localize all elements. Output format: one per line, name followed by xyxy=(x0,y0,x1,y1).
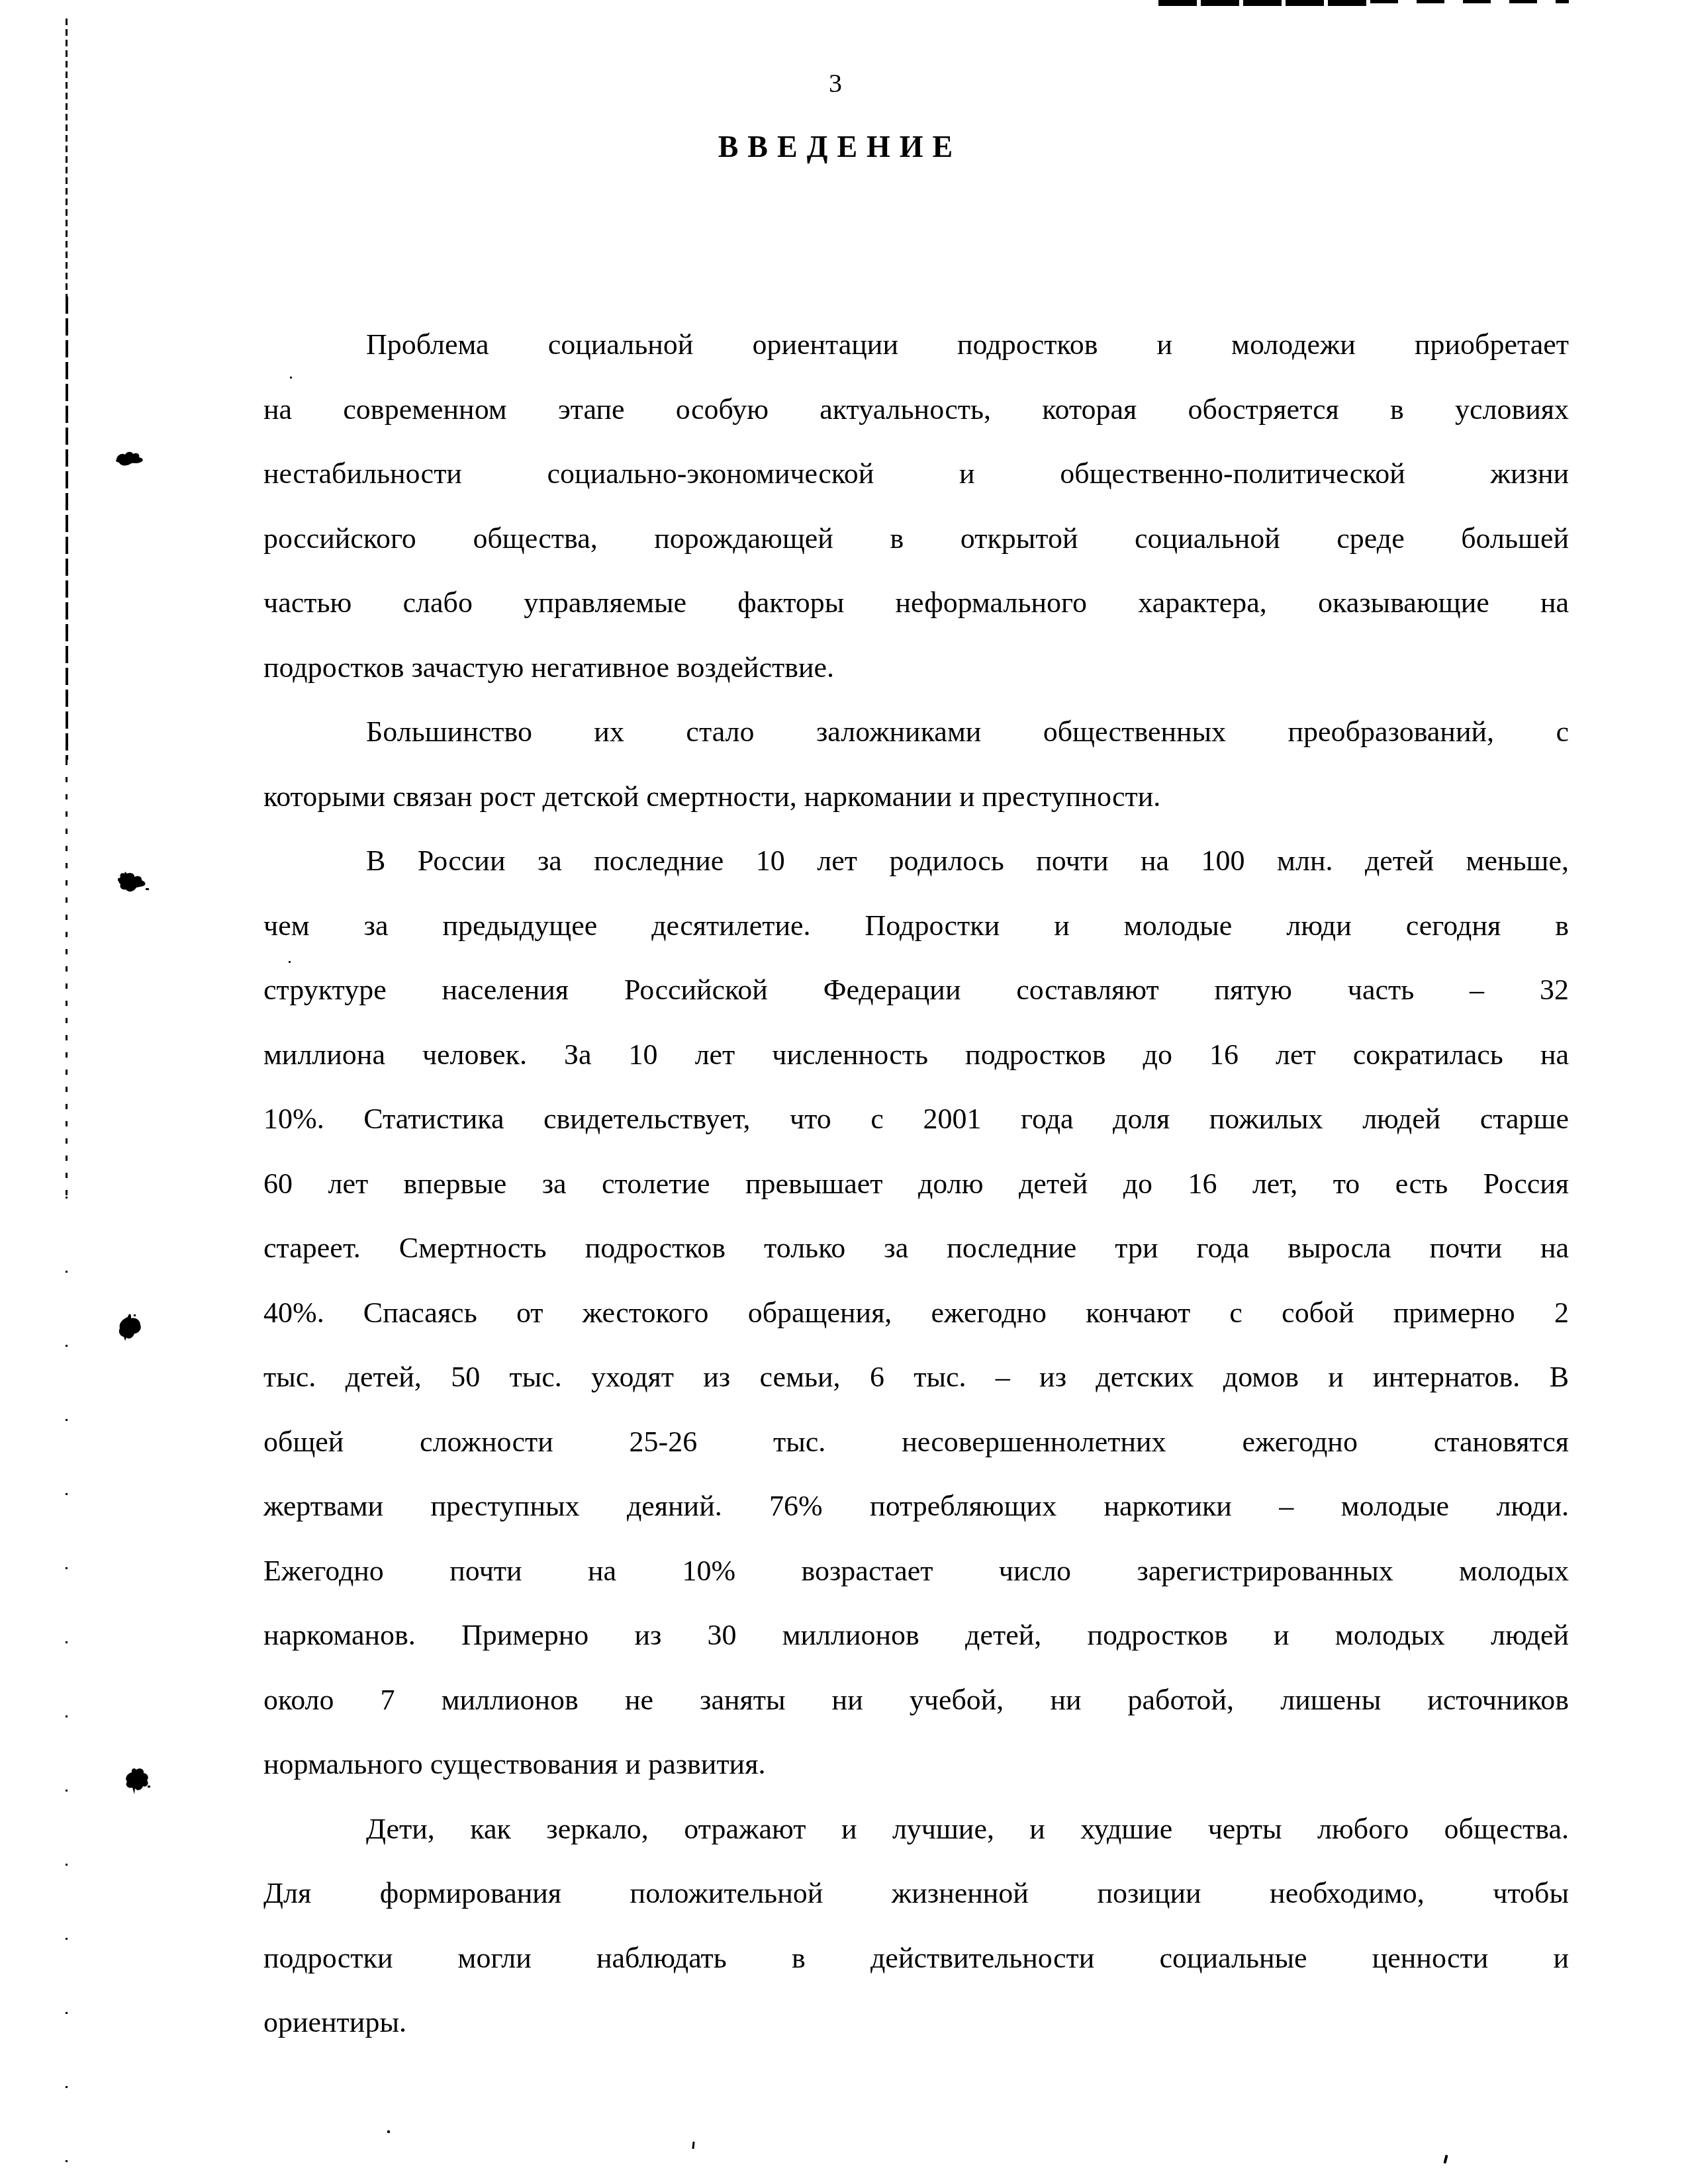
text-line: наркоманов. Примерно из 30 миллионов дет… xyxy=(263,1603,1569,1668)
text-line: Дети, как зеркало, отражают и лучшие, и … xyxy=(263,1797,1569,1862)
text-line: нормального существования и развития. xyxy=(263,1732,1569,1797)
ink-blot-artifact xyxy=(117,870,151,898)
text-line: Проблема социальной ориентации подростко… xyxy=(263,312,1569,377)
text-line: стареет. Смертность подростков только за… xyxy=(263,1216,1569,1281)
text-line: около 7 миллионов не заняты ни учебой, н… xyxy=(263,1668,1569,1733)
text-line: ориентиры. xyxy=(263,1990,1569,2055)
text-line: 60 лет впервые за столетие превышает дол… xyxy=(263,1152,1569,1216)
scan-edge-line-artifact xyxy=(66,760,68,1197)
text-line: подростки могли наблюдать в действительн… xyxy=(263,1926,1569,1991)
text-line: подростков зачастую негативное воздейств… xyxy=(263,635,1569,700)
text-line: структуре населения Российской Федерации… xyxy=(263,958,1569,1023)
text-line: общей сложности 25-26 тыс. несовершеннол… xyxy=(263,1410,1569,1475)
ink-blot-artifact xyxy=(114,450,146,470)
page-title: ВВЕДЕНИЕ xyxy=(0,128,1680,165)
scan-top-smudge-artifact xyxy=(1158,0,1370,6)
scan-edge-line-artifact xyxy=(66,1197,68,2163)
ink-blot-artifact xyxy=(117,1312,144,1345)
document-body: Проблема социальной ориентации подростко… xyxy=(263,312,1569,2055)
text-line: частью слабо управляемые факторы неформа… xyxy=(263,570,1569,635)
text-line: миллиона человек. За 10 лет численность … xyxy=(263,1023,1569,1087)
scan-top-smudge-artifact xyxy=(1370,0,1569,3)
text-line: российского общества, порождающей в откр… xyxy=(263,506,1569,571)
scan-speck-artifact xyxy=(387,2130,390,2133)
text-line: 40%. Спасаясь от жестокого обращения, еж… xyxy=(263,1281,1569,1345)
scanned-document-page: 3 ВВЕДЕНИЕ Проблема социальной ориентаци… xyxy=(0,0,1688,2184)
text-line: Большинство их стало заложниками обществ… xyxy=(263,700,1569,764)
text-line: В России за последние 10 лет родилось по… xyxy=(263,829,1569,893)
text-line: на современном этапе особую актуальность… xyxy=(263,377,1569,442)
scan-speck-artifact xyxy=(692,2142,694,2149)
text-line: которыми связан рост детской смертности,… xyxy=(263,764,1569,829)
scan-edge-line-artifact xyxy=(66,296,68,760)
ink-blot-artifact xyxy=(122,1766,152,1796)
scan-speck-artifact xyxy=(1443,2155,1448,2164)
text-line: тыс. детей, 50 тыс. уходят из семьи, 6 т… xyxy=(263,1345,1569,1410)
text-line: Ежегодно почти на 10% возрастает число з… xyxy=(263,1539,1569,1604)
text-line: жертвами преступных деяний. 76% потребля… xyxy=(263,1474,1569,1539)
text-line: Для формирования положительной жизненной… xyxy=(263,1861,1569,1926)
page-number: 3 xyxy=(0,69,1671,98)
text-line: нестабильности социально-экономической и… xyxy=(263,441,1569,506)
text-line: чем за предыдущее десятилетие. Подростки… xyxy=(263,893,1569,958)
text-line: 10%. Статистика свидетельствует, что с 2… xyxy=(263,1087,1569,1152)
